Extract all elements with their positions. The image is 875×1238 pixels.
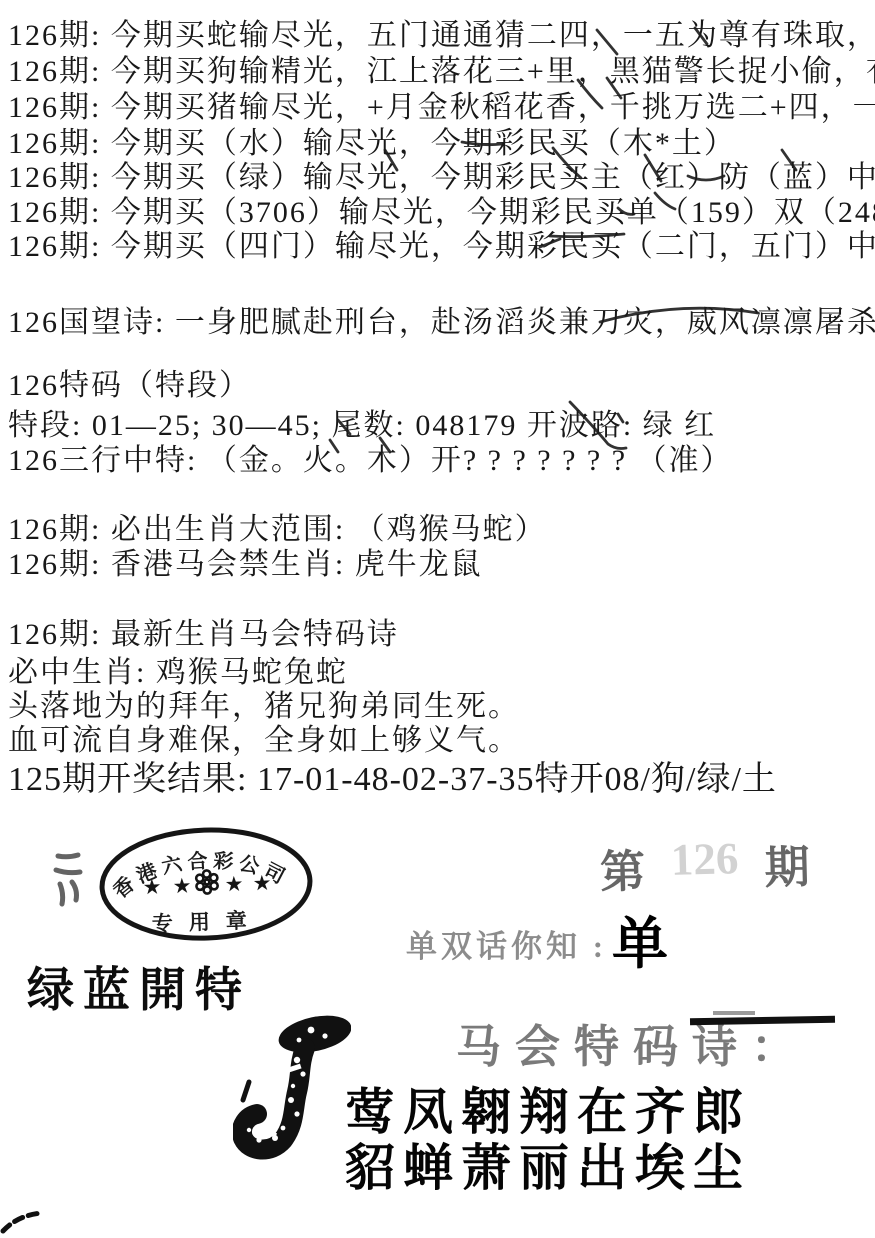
bottom-poem-line-2: 貂蝉萧丽出埃尘 [345,1128,751,1200]
previous-result-line: 125期开奖结果: 17-01-48-02-37-35特开08/狗/绿/土 [8,751,777,800]
company-seal: 香港六合彩公司 ★ ★ ★ ★ 专用章 [93,824,321,946]
green-blue-special-text: 绿蓝開特 [27,953,251,1020]
issue-number-stamp: 第 126 期 [599,830,810,900]
three-element-line: 126三行中特: （金。火。木）开? ? ? ? ? ? ? （准） [8,435,733,479]
ink-bar-artifact-light [713,1011,755,1015]
seal-flower-icon [196,870,218,894]
prediction-line-7: 126期: 今期买（四门）输尽光，今期彩民买（二门，五门）中（凉） [8,221,875,265]
special-code-title: 126特码（特段） [8,360,251,404]
seal-star-4: ★ [252,871,272,896]
national-poem-line: 126国望诗: 一身肥腻赴刑台，赴汤滔炎兼刀灾，威风凛凛屠杀手，五蕴六腑受掣裁。 [8,297,875,341]
odd-even-value: 单 [612,900,668,980]
issue-stamp-suffix: 期 [764,830,811,896]
lottery-tip-sheet: 126期: 今期买蛇输尽光，五门通通猜二四，一五为尊有珠取，临上马时还送酒。 1… [0,0,875,1238]
ink-bar-artifact [690,1016,835,1026]
zodiac-banned-line: 126期: 香港马会禁生肖: 虎牛龙鼠 [8,539,483,583]
odd-even-label: 单双话你知 : [406,921,607,966]
seal-star-3: ★ [224,872,244,897]
snake-icon [233,1012,351,1180]
issue-stamp-number: 126 [670,832,739,899]
issue-stamp-prefix: 第 [599,835,646,901]
seal-bottom-text: 专用章 [151,908,263,936]
seal-star-2: ★ [172,874,192,899]
ink-smudge [46,848,96,910]
seal-star-1: ★ [142,875,162,900]
corner-stroke [3,1213,42,1231]
